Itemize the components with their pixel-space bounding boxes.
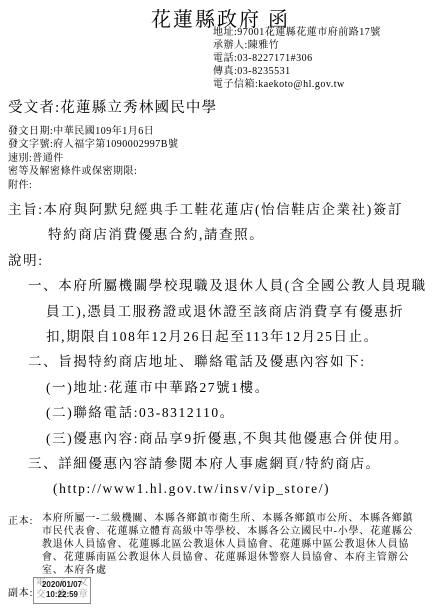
explanation-item1-line2: 員工),憑員工服務證或退休證至該商店消費享有優惠折 xyxy=(0,299,441,324)
explanation-item2-sub2-phone: (二)聯絡電話:03-8312110。 xyxy=(0,400,441,425)
original-recipients-line-2: 市民代表會、花蓮縣立體育高級中等學校、本縣各公立國民中-小學、花蓮縣公 xyxy=(42,525,413,538)
issue-date: 發文日期:中華民國109年1月6日 xyxy=(8,125,178,138)
original-copy-recipients: 本府所屬一-二級機關、本縣各鄉鎮市衛生所、本縣各鄉鎮市公所、本縣各鄉鎮 市民代表… xyxy=(42,512,413,577)
explanation-heading: 說明: xyxy=(0,248,441,273)
agency-contact-block: 地址:97001花蓮縣花蓮市府前路17號 承辦人:陳雅竹 電話:03-82271… xyxy=(213,27,381,92)
original-recipients-line-5: 室、本府各處 xyxy=(42,564,413,577)
security-classification: 密等及解密條件或保密期限: xyxy=(8,165,178,178)
subject-line-1: 主旨:本府與阿默兒經典手工鞋花蓮店(怡信鞋店企業社)簽訂 xyxy=(0,197,441,222)
agency-address: 地址:97001花蓮縣花蓮市府前路17號 xyxy=(213,27,381,40)
original-recipients-line-4: 會、花蓮縣南區公教退休人員協會、花蓮縣退休警察人員協會、本府主管辦公 xyxy=(42,551,413,564)
agency-fax: 傳真:03-8235531 xyxy=(213,66,381,79)
explanation-item2: 二、旨揭特約商店地址、聯絡電話及優惠內容如下: xyxy=(0,349,441,374)
letter-body: 主旨:本府與阿默兒經典手工鞋花蓮店(怡信鞋店企業社)簽訂 特約商店消費優惠合約,… xyxy=(0,197,441,502)
stamp-time: 10:22:59 xyxy=(34,591,90,599)
original-recipients-line-3: 教退休人員協會、花蓮縣北區公教退休人員協會、花蓮縣中區公教退休人員協 xyxy=(42,538,413,551)
document-meta-block: 發文日期:中華民國109年1月6日 發文字號:府人福字第1090002997B號… xyxy=(8,125,178,192)
attachment-field: 附件: xyxy=(8,179,178,192)
explanation-item2-sub3-discount: (三)優惠內容:商品享9折優惠,不與其他優惠合併使用。 xyxy=(0,426,441,451)
original-copy-label: 正本: xyxy=(8,512,33,527)
electronic-exchange-stamp: 電 子 文 交 換 章 2020/01/07 10:22:59 xyxy=(33,577,91,604)
recipient-line: 受文者:花蓮縣立秀林國民中學 xyxy=(8,96,217,117)
explanation-item1-line3: 扣,期限自108年12月26日起至113年12月25日止。 xyxy=(0,324,441,349)
priority-level: 速別:普通件 xyxy=(8,152,178,165)
stamp-date: 2020/01/07 xyxy=(34,581,90,589)
agency-contact-person: 承辦人:陳雅竹 xyxy=(213,40,381,53)
doc-number: 發文字號:府人福字第1090002997B號 xyxy=(8,138,178,151)
original-recipients-line-1: 本府所屬一-二級機關、本縣各鄉鎮市衛生所、本縣各鄉鎮市公所、本縣各鄉鎮 xyxy=(42,512,413,525)
explanation-item3-url: (http://www1.hl.gov.tw/insv/vip_store/) xyxy=(0,476,441,501)
agency-email: 電子信箱:kaekoto@hl.gov.tw xyxy=(213,79,381,92)
agency-phone: 電話:03-8227171#306 xyxy=(213,53,381,66)
explanation-item3: 三、詳細優惠內容請參閱本府人事處網頁/特約商店。 xyxy=(0,451,441,476)
official-letter-page: 花蓮縣政府 函 地址:97001花蓮縣花蓮市府前路17號 承辦人:陳雅竹 電話:… xyxy=(0,0,441,608)
subject-line-2: 特約商店消費優惠合約,請查照。 xyxy=(0,222,441,247)
duplicate-copy-label: 副本: xyxy=(8,584,33,599)
explanation-item1-line1: 一、本府所屬機關學校現職及退休人員(含全國公教人員現職 xyxy=(0,273,441,298)
explanation-item2-sub1-address: (一)地址:花蓮市中華路27號1樓。 xyxy=(0,375,441,400)
